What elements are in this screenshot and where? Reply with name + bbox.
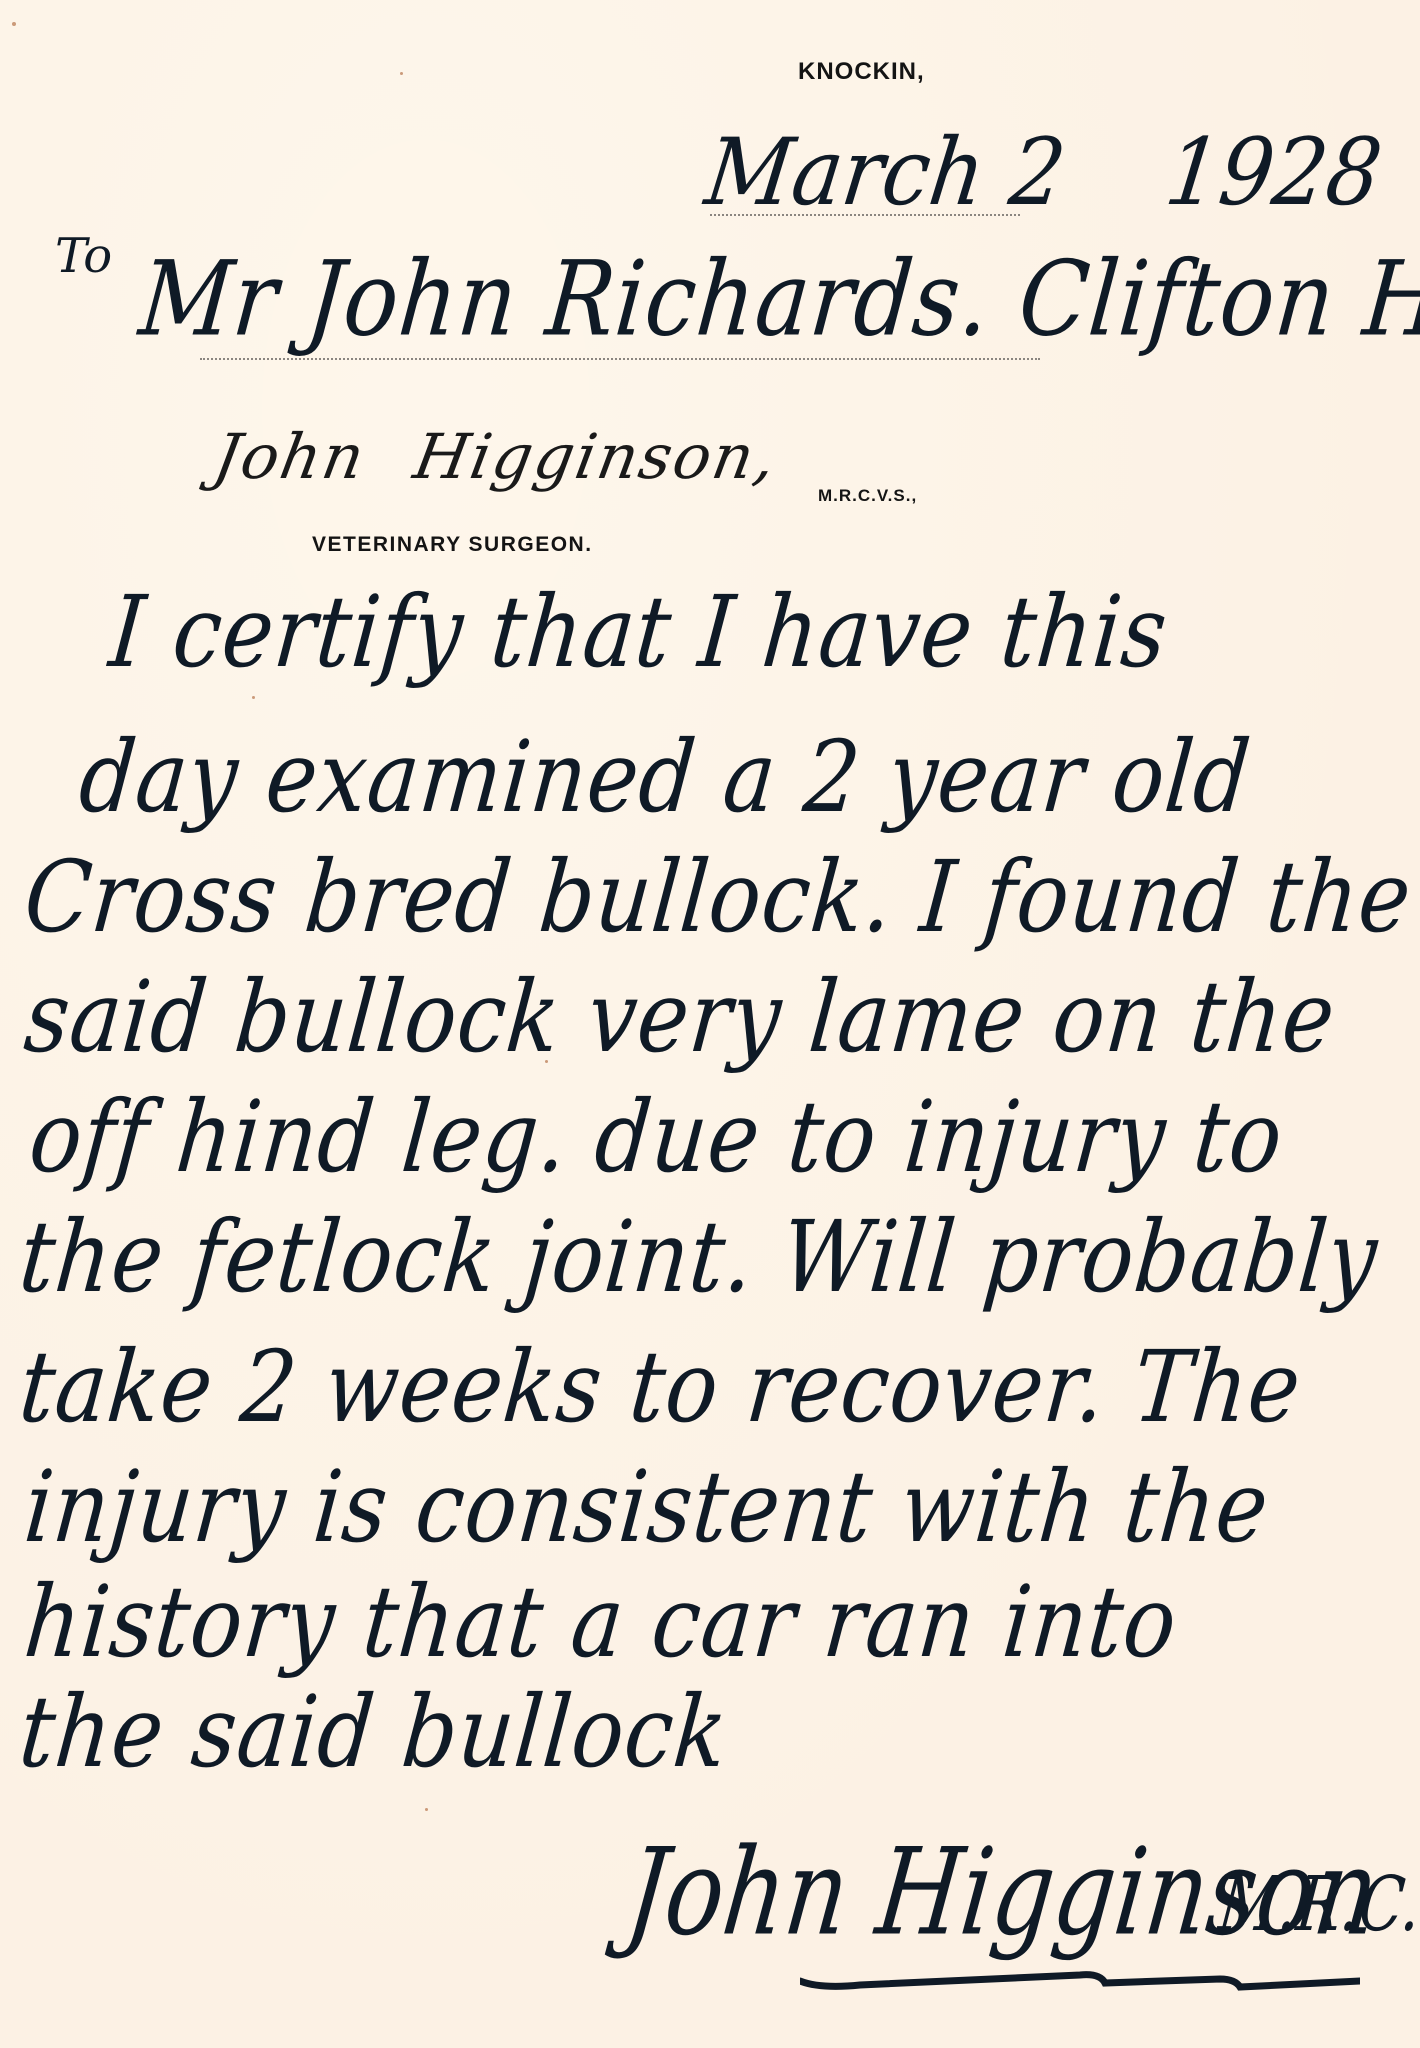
body-line: I certify that I have this xyxy=(105,575,1172,690)
body-line: Cross bred bullock. I found the xyxy=(20,840,1416,955)
handwritten-year: 1928 xyxy=(1160,118,1388,226)
signature-underline xyxy=(800,1965,1360,1995)
letterhead-first-name: John xyxy=(209,420,372,493)
body-line: the said bullock xyxy=(15,1675,732,1790)
paper-speck xyxy=(12,22,16,26)
signature-qualifications: M.R.C.V.S. xyxy=(1215,1860,1420,1948)
body-line: off hind leg. due to injury to xyxy=(25,1080,1288,1195)
body-line: said bullock very lame on the xyxy=(20,960,1340,1075)
letterhead-last-name: Higginson, xyxy=(409,420,784,493)
letterhead-town: KNOCKIN, xyxy=(798,58,925,86)
paper-speck xyxy=(425,1808,428,1811)
body-line: history that a car ran into xyxy=(20,1565,1182,1680)
body-line: injury is consistent with the xyxy=(20,1450,1274,1565)
handwritten-date: March 2 xyxy=(700,118,1071,226)
letterhead-title: VETERINARY SURGEON. xyxy=(312,533,593,557)
to-prefix: To xyxy=(55,228,112,284)
body-line: take 2 weeks to recover. The xyxy=(15,1330,1306,1445)
paper-speck xyxy=(400,72,403,75)
paper-speck xyxy=(252,696,255,699)
body-line: the fetlock joint. Will probably xyxy=(15,1200,1383,1315)
body-line: day examined a 2 year old xyxy=(75,720,1255,835)
recipient-line: Mr John Richards. Clifton House xyxy=(135,239,1420,360)
letterhead-qualifications: M.R.C.V.S., xyxy=(818,486,917,506)
letterhead-name: JohnHigginson, xyxy=(209,420,784,493)
